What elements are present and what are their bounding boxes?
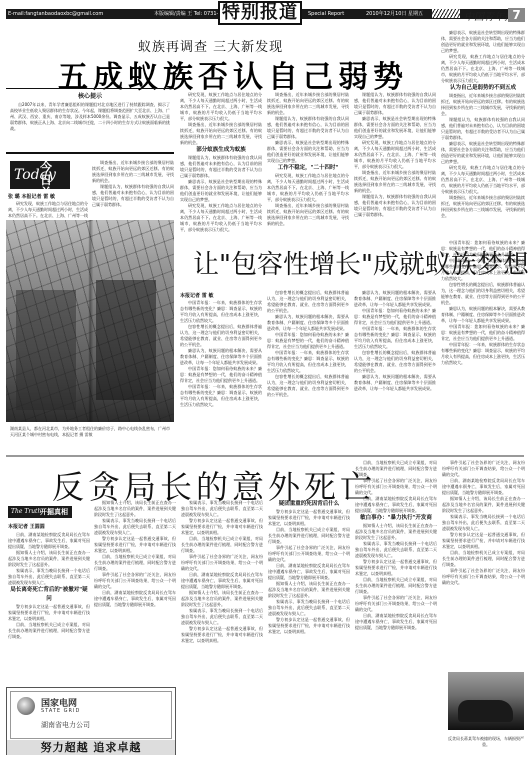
story3-text-col: 日前，湖南某地检察院反贪局局长在驾车途中遭遇车祸身亡，事故发生后，家属对死因提出… [8,532,90,682]
story3-text-col: 目前，当地检察机关已成立专案组，对局长生前办理的案件进行梳理，同时配合警方进行调… [355,460,437,755]
story3-text-col: 疑团重重的死因背后什么 警方初步认定这是一起普通交通事故，但家属坚持要求进行尸检… [268,500,350,755]
section-divider [6,455,524,457]
story1-box-title: 核心提示 [6,92,174,102]
story1-text-col: 课题组认为，蚁族群体有较强的自我认同感，他们普遍对未来抱有信心，认为目前的困境只… [354,92,436,232]
story3-photo [448,672,524,730]
story1-intro-text: 研究发现，蚁族工作地点与居住地点的分离，不少人每天通勤时间超过两小时，生活成本仍… [8,201,88,219]
story1-col2-text: 调查指出，近年来城乡接合部的聚居村陆续拆迁，蚁族开始向更远的郊区迁移。有的蚁族选… [92,160,174,218]
header-section-en: Special Report [308,9,344,19]
story1-subhead-2: 工作不稳定，"二十四时" [267,164,349,173]
story1-byline: 张 璐 本报记者 雷 敏 [8,193,55,200]
story3-subhead-2: 疑团重重的死因背后什么 [268,500,350,509]
column-logo-today: Today 今日关注 [10,161,70,189]
story1-headline: 五成蚁族否认自己弱势 [58,52,408,96]
story1-text-col: 研究发现，蚁族工作地点与居住地点的分离，不少人每天通勤时间超过两小时，生活成本仍… [180,92,262,232]
story2-text-col: 中国青年报：您如何看待蚁族的未来？廉思：蚁族是有梦想的一代，他们的奋斗精神值得肯… [441,240,525,450]
story1-text-col: 调查指出，近年来城乡接合部的聚居村陆续拆迁，蚁族开始向更远的郊区迁移。有的蚁族选… [267,92,349,232]
story1-subhead-1: 部分蚁族生成为蚁族 [180,146,262,155]
story3-subhead-1: 局长离奇死亡背后的"被撤对"疑问 [8,586,90,604]
story1-box-text: 自2007年以来，青年学者廉思组织的课题组对北京地区进行了持续跟踪调查，揭示了高… [6,102,174,148]
story2-text-col: 中国青年报：一年来，蚁族群体的生存状态有哪些新的变化？廉思：调查显示，蚁族的平均… [180,300,262,450]
column-logo-truth: The Truth 开掘真相 [8,506,72,518]
state-grid-logo-icon [17,697,35,715]
story3-text-col: 据知情人士介绍，该局长生前正在查办一起涉及当地多名官员的案件，案件进展到关键阶段… [94,500,176,685]
story2-text-col: 廉思认为，蚁族问题的根本解决，需要从教育体制、户籍制度、住房保障等多个层面推进改… [354,290,436,450]
story1-photo [6,220,174,422]
header-hatch-decoration [432,9,460,18]
ad-brand-en: STATE GRID [41,708,80,714]
story1-key-box: 核心提示 自2007年以来，青年学者廉思组织的课题组对北京地区进行了持续跟踪调查… [6,92,174,150]
page-number: 7 [508,8,525,22]
header-email: E-mail:fangtanbaodaoxbc@gmail.com [8,9,103,19]
story3-text-col: 家属表示，事发当晚局长接到一个电话后独自驾车外出，此后便失去联系，直至第二天凌晨… [181,500,263,755]
story3-byline: 本报记者 王圆圆 [8,523,45,530]
header-date: 2010年12月10日 星期五 [366,9,423,19]
divider [6,88,174,89]
column-logo-label: 开掘真相 [40,508,68,516]
state-grid-ad: 国家电网 STATE GRID 湖南省电力公司 努力超越 追求卓越 [6,687,176,755]
ad-slogan: 努力超越 追求卓越 [7,740,175,755]
story2-byline: 本报记者 雷 敏 [180,292,213,299]
column-logo-script: The Truth [11,506,41,518]
story3-text-col: 事件引起了社会各界的广泛关注，网友纷纷呼吁有关部门公开调查结果，给公众一个明确的… [442,460,525,668]
story3-subhead-3: 敏白事办："暴力执行"开发商 [355,514,437,523]
ad-inner-box: 国家电网 STATE GRID 湖南省电力公司 [10,691,172,739]
story2-text-col: 包容性增长的概念提出后，蚁族群体普遍认为，这一理念与他们的切身利益密切相关，希望… [267,290,349,450]
story3-photo-caption: 反贪局长蒋某驾车被撞的现场，车辆损毁严重。 [448,736,524,750]
ad-company: 湖南省电力公司 [41,720,90,730]
paper-name: 中国青年报 [464,8,514,23]
story1-photo-caption: 湖南某县人，都在河北某市，为外地务工者租住的廉价房子，路中心电线杂乱密布，广州市… [10,426,170,440]
section-title: 特别报道 [218,1,302,25]
story1-subhead-3: 认为自己是弱势的不到五成 [441,84,525,93]
divider [6,152,174,154]
story1-text-col: 廉思表示，蚁族是社会转型期出现的特殊群体，需要社会各方面的关注和帮助，应当为他们… [441,30,525,232]
